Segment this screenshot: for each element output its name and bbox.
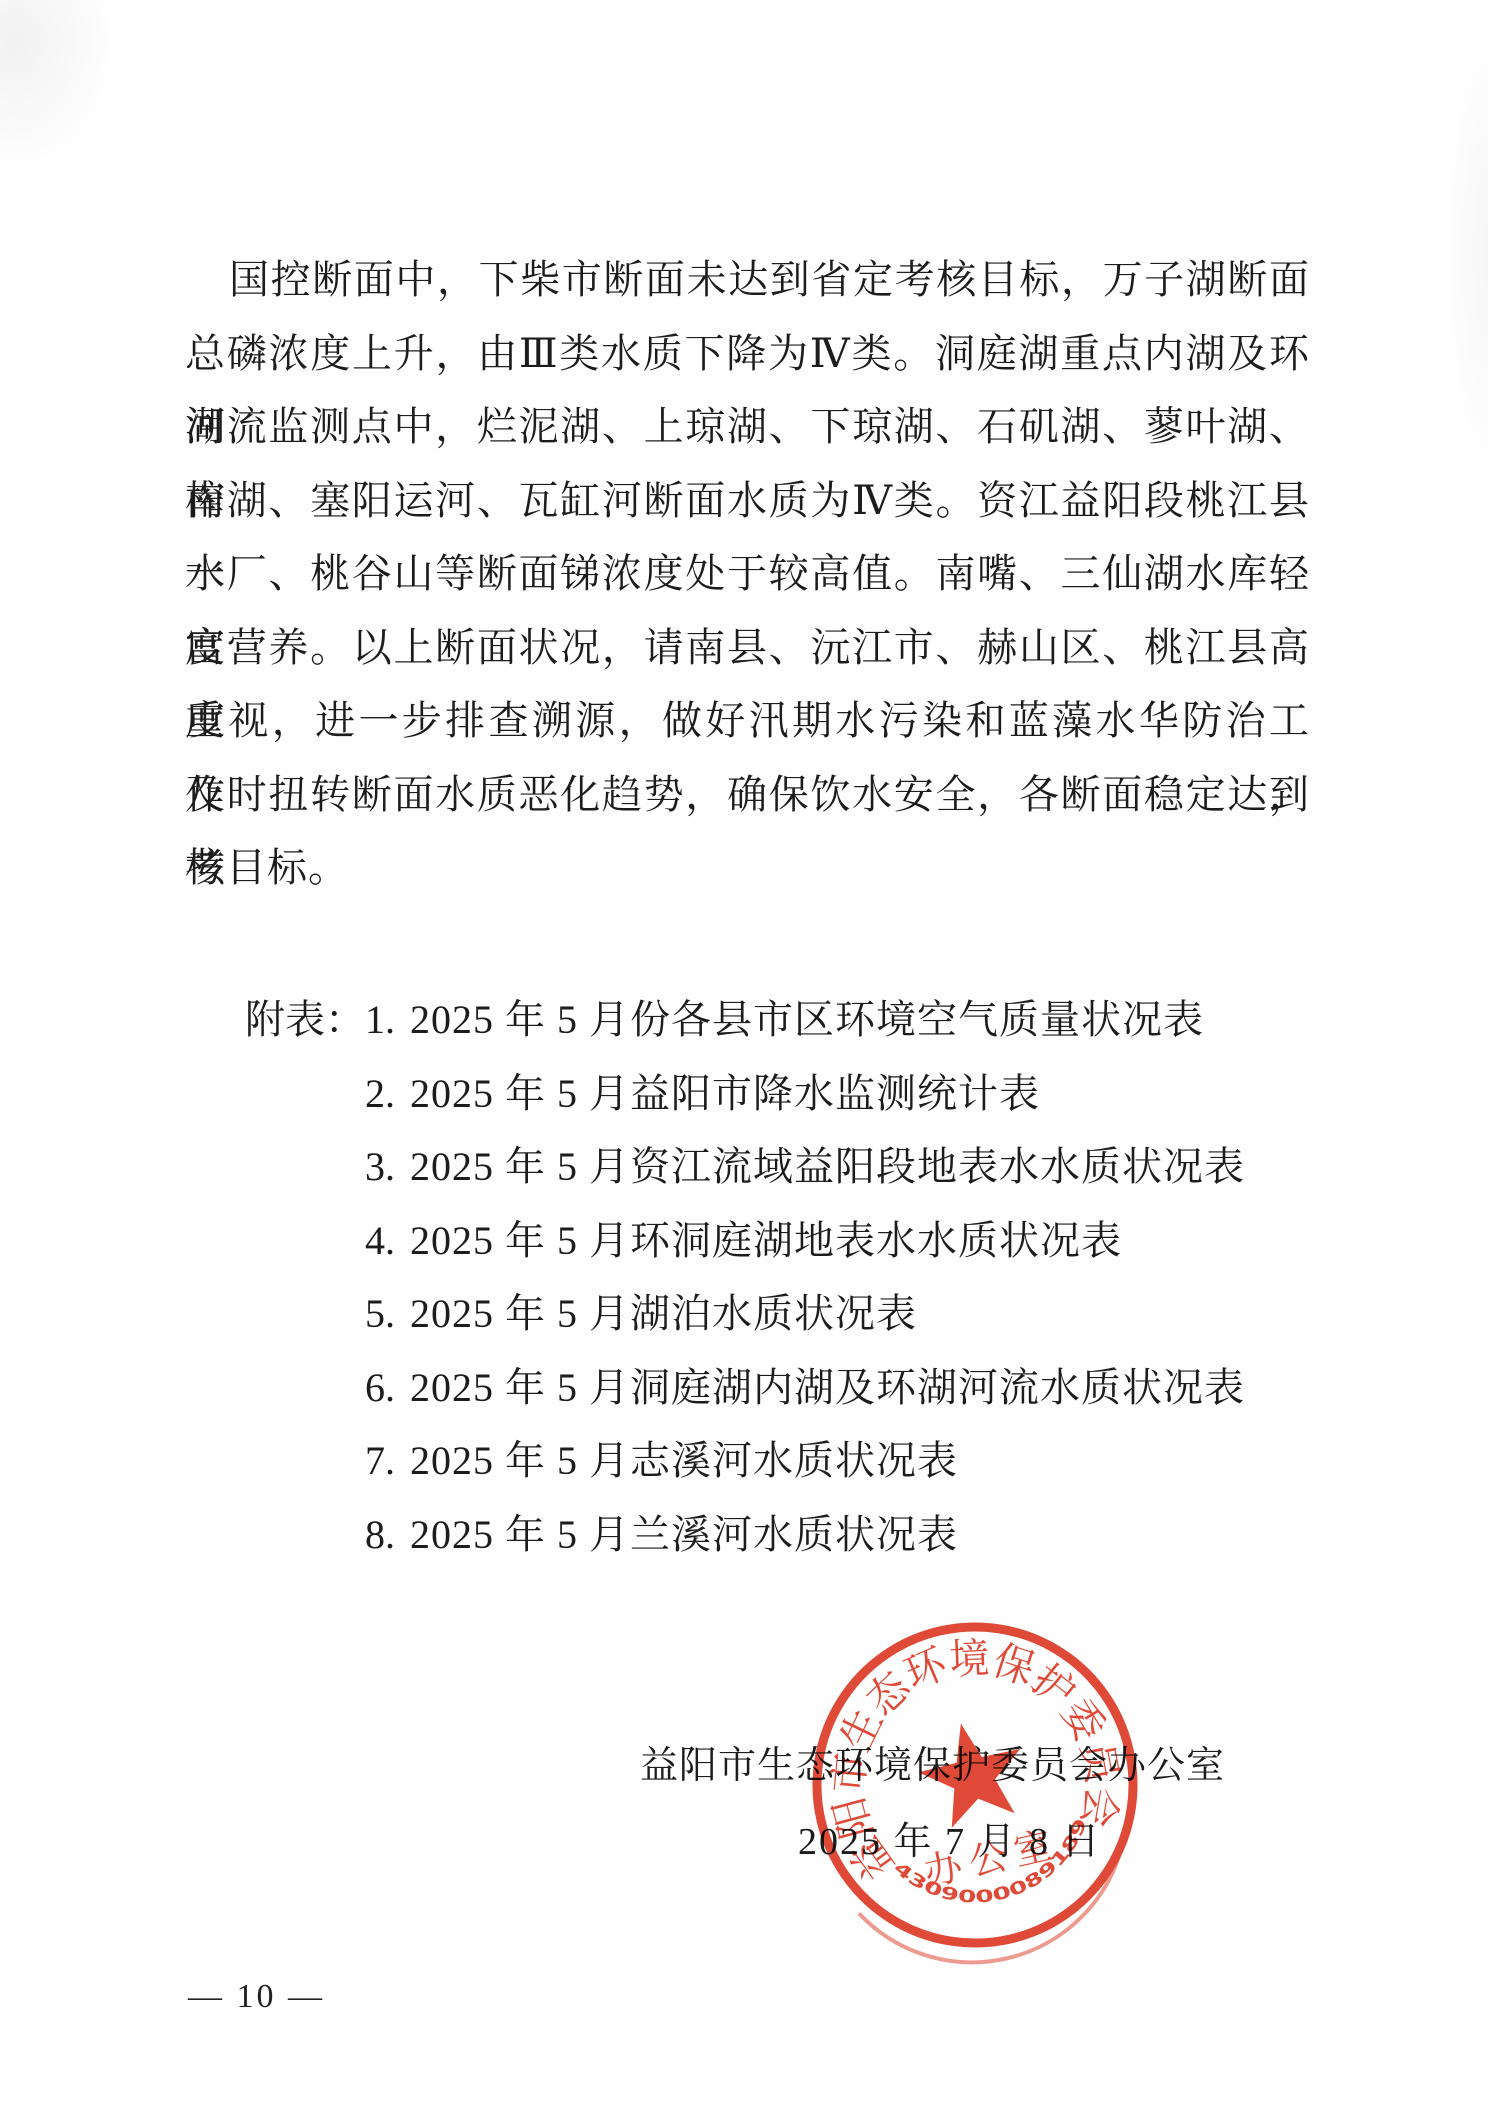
paragraph-line: 重视，进一步排查溯源，做好汛期水污染和蓝藻水华防治工作，: [185, 684, 1310, 758]
attachment-text: 2025 年 5 月兰溪河水质状况表: [410, 1498, 958, 1572]
paragraph-line: 总磷浓度上升，由Ⅲ类水质下降为Ⅳ类。洞庭湖重点内湖及环湖: [185, 317, 1310, 391]
attachment-text: 2025 年 5 月资江流域益阳段地表水水质状况表: [410, 1130, 1245, 1204]
attachment-item: 2. 2025 年 5 月益阳市降水监测统计表: [245, 1057, 1305, 1131]
paragraph-line: 水厂、桃谷山等断面锑浓度处于较高值。南嘴、三仙湖水库轻度: [185, 537, 1310, 611]
attachment-text: 2025 年 5 月环洞庭湖地表水水质状况表: [410, 1204, 1122, 1278]
attachment-number: 7.: [365, 1424, 395, 1498]
attachment-item: 4. 2025 年 5 月环洞庭湖地表水水质状况表: [245, 1204, 1305, 1278]
page-number: — 10 —: [188, 1978, 325, 2016]
attachment-number: 3.: [365, 1130, 395, 1204]
paragraph-line: 国控断面中，下柴市断面未达到省定考核目标，万子湖断面: [185, 243, 1310, 317]
body-paragraph: 国控断面中，下柴市断面未达到省定考核目标，万子湖断面 总磷浓度上升，由Ⅲ类水质下…: [185, 243, 1310, 905]
attachment-text: 2025 年 5 月益阳市降水监测统计表: [410, 1057, 1040, 1131]
attachment-item: 3. 2025 年 5 月资江流域益阳段地表水水质状况表: [245, 1130, 1305, 1204]
attachment-item: 7. 2025 年 5 月志溪河水质状况表: [245, 1424, 1305, 1498]
paragraph-line: 及时扭转断面水质恶化趋势，确保饮水安全，各断面稳定达到考: [185, 758, 1310, 832]
paragraph-line: 核目标。: [185, 831, 1310, 905]
attachment-item: 5. 2025 年 5 月湖泊水质状况表: [245, 1277, 1305, 1351]
paragraph-line: 河流监测点中，烂泥湖、上琼湖、下琼湖、石矶湖、蓼叶湖、榨: [185, 390, 1310, 464]
attachment-text: 2025 年 5 月志溪河水质状况表: [410, 1424, 958, 1498]
attachment-text: 2025 年 5 月洞庭湖内湖及环湖河流水质状况表: [410, 1351, 1245, 1425]
attachment-number: 4.: [365, 1204, 395, 1278]
attachment-number: 8.: [365, 1498, 395, 1572]
attachment-item: 附表： 1. 2025 年 5 月份各县市区环境空气质量状况表: [245, 983, 1305, 1057]
official-seal: 益阳市生态环境保护委员会 办公室 4309000089189: [759, 1569, 1191, 2001]
paragraph-line: 南湖、塞阳运河、瓦缸河断面水质为Ⅳ类。资江益阳段桃江县一: [185, 464, 1310, 538]
attachment-label: 附表：: [245, 983, 365, 1057]
attachment-item: 8. 2025 年 5 月兰溪河水质状况表: [245, 1498, 1305, 1572]
attachment-text: 2025 年 5 月份各县市区环境空气质量状况表: [410, 983, 1204, 1057]
attachment-text: 2025 年 5 月湖泊水质状况表: [410, 1277, 917, 1351]
attachment-number: 2.: [365, 1057, 395, 1131]
attachment-number: 1.: [365, 983, 395, 1057]
attachment-item: 6. 2025 年 5 月洞庭湖内湖及环湖河流水质状况表: [245, 1351, 1305, 1425]
seal-star-icon: [910, 1712, 1034, 1832]
attachment-number: 6.: [365, 1351, 395, 1425]
attachment-number: 5.: [365, 1277, 395, 1351]
attachment-list: 附表： 1. 2025 年 5 月份各县市区环境空气质量状况表 2. 2025 …: [245, 983, 1305, 1571]
document-page: 国控断面中，下柴市断面未达到省定考核目标，万子湖断面 总磷浓度上升，由Ⅲ类水质下…: [0, 0, 1488, 2104]
paragraph-line: 富营养。以上断面状况，请南县、沅江市、赫山区、桃江县高度: [185, 611, 1310, 685]
